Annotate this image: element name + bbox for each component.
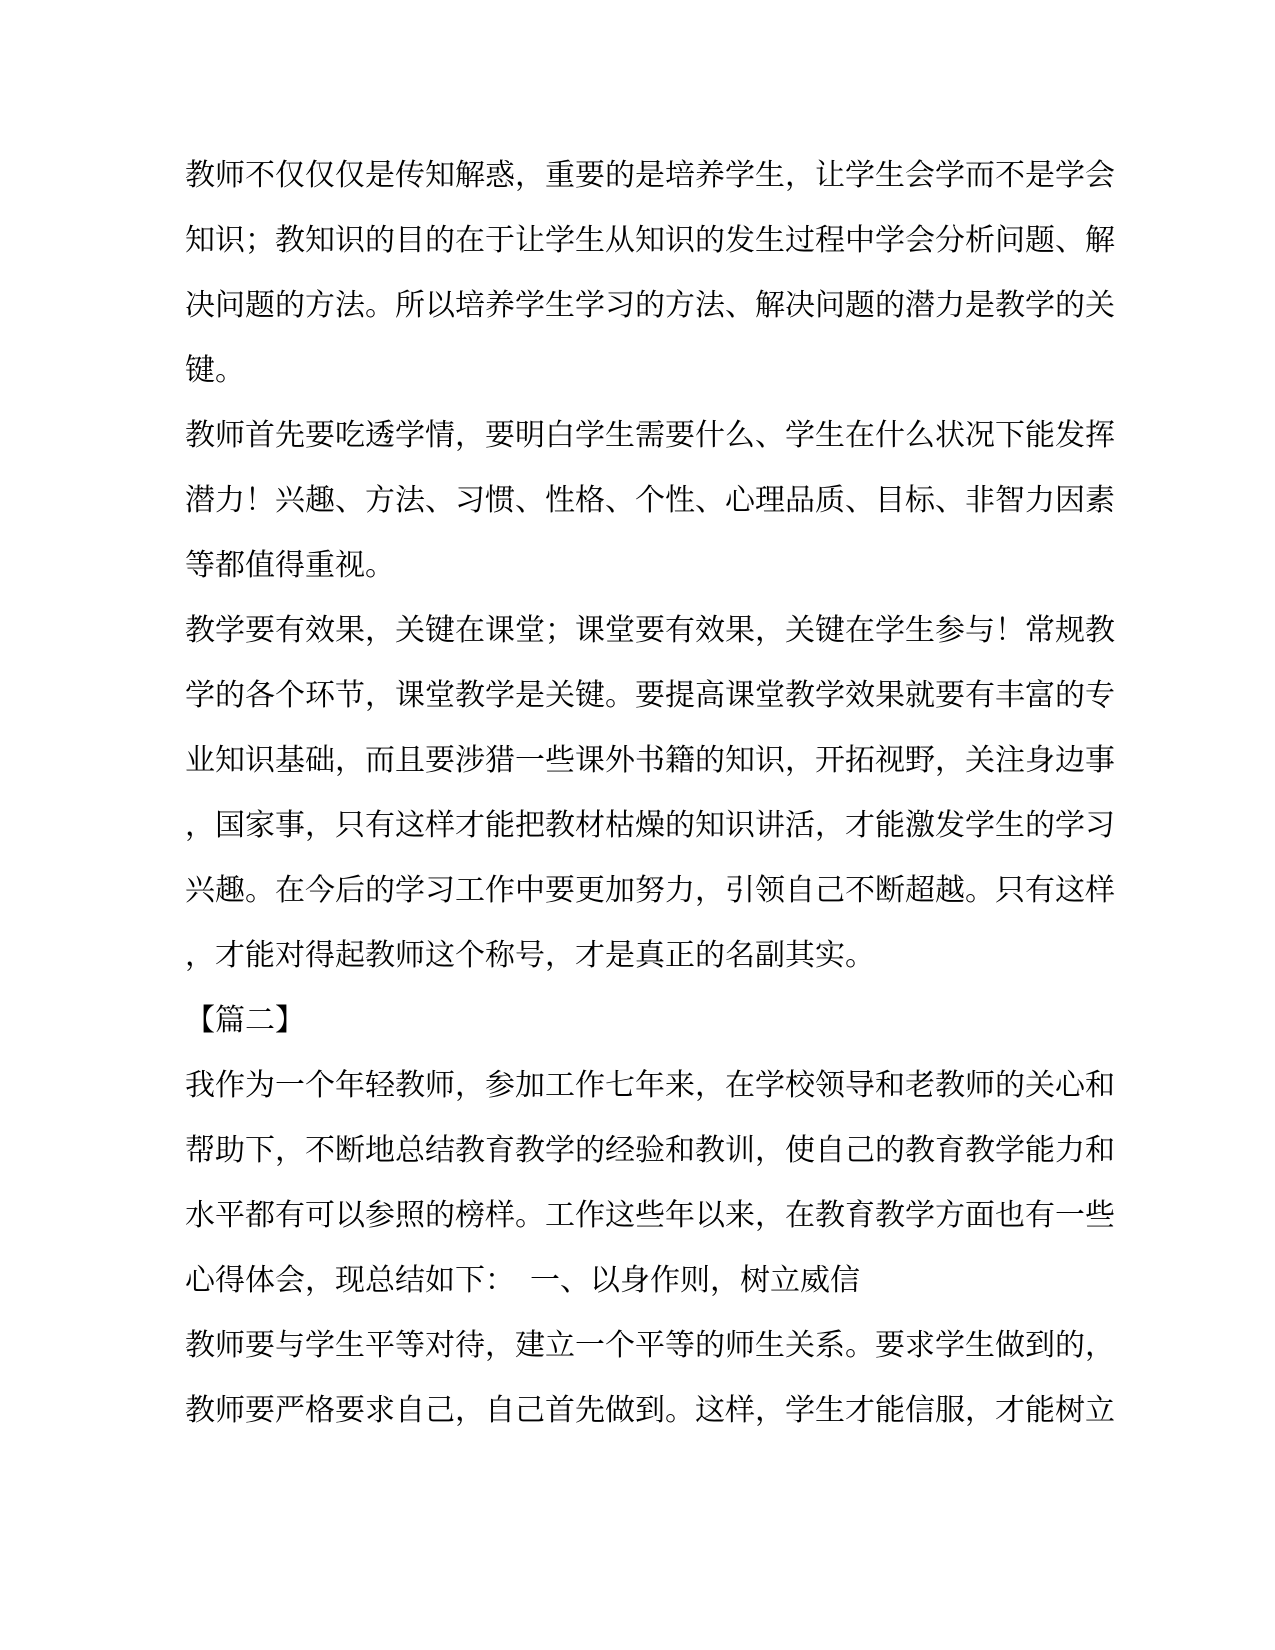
text-line: 我作为一个年轻教师，参加工作七年来，在学校领导和老教师的关心和 [185, 1053, 1140, 1118]
text-line: ，国家事，只有这样才能把教材枯燥的知识讲活，才能激发学生的学习 [185, 793, 1140, 858]
text-line: 心得体会，现总结如下： 一、以身作则，树立威信 [185, 1248, 1140, 1313]
text-line: 业知识基础，而且要涉猎一些课外书籍的知识，开拓视野，关注身边事 [185, 728, 1140, 793]
text-line: 知识；教知识的目的在于让学生从知识的发生过程中学会分析问题、解 [185, 208, 1140, 273]
text-line: 教师首先要吃透学情，要明白学生需要什么、学生在什么状况下能发挥 [185, 403, 1140, 468]
text-line: 兴趣。在今后的学习工作中要更加努力，引领自己不断超越。只有这样 [185, 858, 1140, 923]
text-line: 帮助下，不断地总结教育教学的经验和教训，使自己的教育教学能力和 [185, 1118, 1140, 1183]
text-line: 键。 [185, 338, 1140, 403]
text-line: 教师要与学生平等对待，建立一个平等的师生关系。要求学生做到的， [185, 1313, 1140, 1378]
document-body: 教师不仅仅仅是传知解惑，重要的是培养学生，让学生会学而不是学会知识；教知识的目的… [185, 143, 1140, 1443]
text-line: 水平都有可以参照的榜样。工作这些年以来，在教育教学方面也有一些 [185, 1183, 1140, 1248]
text-line: 等都值得重视。 [185, 533, 1140, 598]
text-line: ，才能对得起教师这个称号，才是真正的名副其实。 [185, 923, 1140, 988]
text-line: 决问题的方法。所以培养学生学习的方法、解决问题的潜力是教学的关 [185, 273, 1140, 338]
text-line: 学的各个环节，课堂教学是关键。要提高课堂教学效果就要有丰富的专 [185, 663, 1140, 728]
text-line: 潜力！兴趣、方法、习惯、性格、个性、心理品质、目标、非智力因素 [185, 468, 1140, 533]
document-page: 教师不仅仅仅是传知解惑，重要的是培养学生，让学生会学而不是学会知识；教知识的目的… [0, 0, 1275, 1650]
text-line: 教师要严格要求自己，自己首先做到。这样，学生才能信服，才能树立 [185, 1378, 1140, 1443]
text-line: 教学要有效果，关键在课堂；课堂要有效果，关键在学生参与！常规教 [185, 598, 1140, 663]
text-line: 【篇二】 [185, 988, 1140, 1053]
text-line: 教师不仅仅仅是传知解惑，重要的是培养学生，让学生会学而不是学会 [185, 143, 1140, 208]
